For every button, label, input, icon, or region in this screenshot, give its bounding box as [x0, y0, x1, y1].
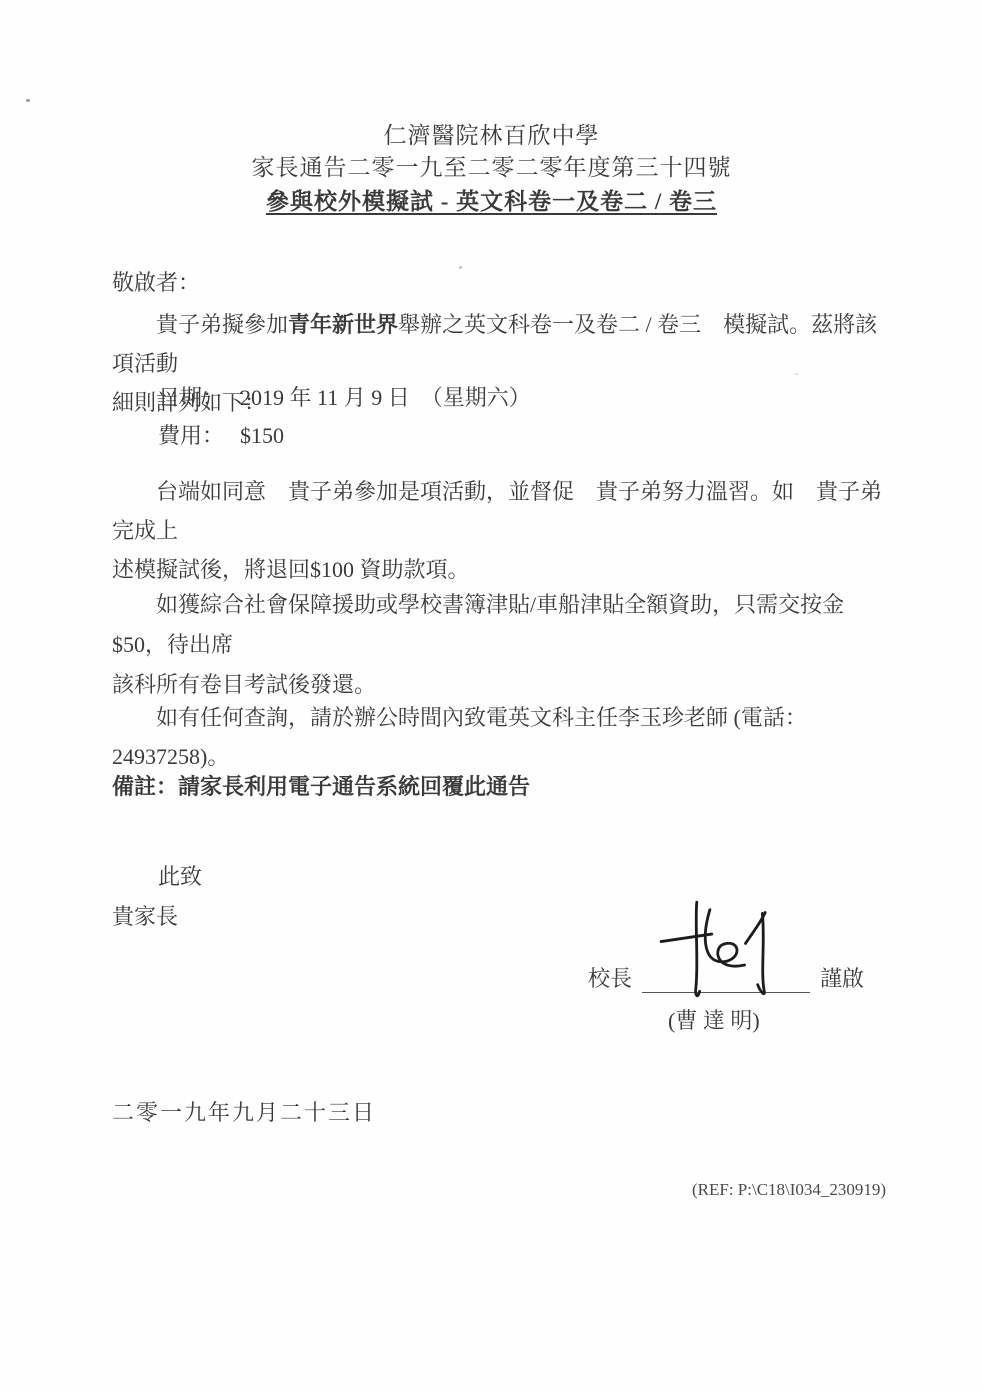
document-page: 仁濟醫院林百欣中學 家長通告二零一九至二零二零年度第三十四號 參與校外模擬試 -…	[0, 0, 983, 1391]
paragraph-subsidy-line1: 如獲綜合社會保障援助或學校書簿津貼/車船津貼全額資助，只需交按金$50，待出席	[112, 585, 890, 665]
paragraph-inquiry: 如有任何查詢，請於辦公時間內致電英文科主任李玉珍老師 (電話：24937258)…	[112, 698, 890, 776]
date-value: 2019 年 11 月 9 日 （星期六）	[240, 385, 531, 410]
scan-speck	[26, 99, 30, 102]
paragraph-consent: 台端如同意 貴子弟參加是項活動，並督促 貴子弟努力溫習。如 貴子弟完成上 述模擬…	[112, 472, 890, 589]
organizer-name: 青年新世界	[288, 312, 398, 337]
document-date: 二零一九年九月二十三日	[112, 1096, 376, 1127]
fee-value: $150	[240, 423, 284, 448]
letter-header: 仁濟醫院林百欣中學 家長通告二零一九至二零二零年度第三十四號 參與校外模擬試 -…	[0, 120, 983, 218]
closing-this-to: 此致	[158, 860, 202, 891]
reference-number: (REF: P:\C18\I034_230919)	[692, 1180, 886, 1200]
paragraph-inquiry-line1: 如有任何查詢，請於辦公時間內致電英文科主任李玉珍老師 (電話：24937258)…	[112, 698, 890, 776]
scan-speck	[459, 266, 462, 269]
closing-recipient: 貴家長	[112, 900, 178, 931]
remark-note: 備註：請家長利用電子通告系統回覆此通告	[112, 770, 530, 801]
school-name: 仁濟醫院林百欣中學	[0, 120, 983, 152]
salutation: 敬啟者：	[112, 266, 200, 297]
exam-fee-line: 費用：$150	[158, 419, 284, 450]
paragraph-intro-line1: 貴子弟擬參加青年新世界舉辦之英文科卷一及卷二 / 卷三 模擬試。茲將該項活動	[112, 305, 890, 383]
paragraph-subsidy: 如獲綜合社會保障援助或學校書簿津貼/車船津貼全額資助，只需交按金$50，待出席 …	[112, 585, 890, 705]
respectfully-label: 謹啟	[820, 962, 864, 993]
exam-date-line: 日期：2019 年 11 月 9 日 （星期六）	[158, 381, 531, 412]
principal-name: (曹 達 明)	[668, 1004, 760, 1035]
date-label: 日期：	[158, 385, 224, 410]
paragraph-consent-line1: 台端如同意 貴子弟參加是項活動，並督促 貴子弟努力溫習。如 貴子弟完成上	[112, 472, 890, 550]
signature-line	[642, 960, 810, 993]
notice-subject: 參與校外模擬試 - 英文科卷一及卷二 / 卷三	[0, 186, 983, 218]
signature-block: 校長 謹啟	[588, 960, 864, 993]
fee-label: 費用：	[158, 423, 224, 448]
principal-label: 校長	[588, 962, 632, 993]
paragraph-consent-line2: 述模擬試後，將退回$100 資助款項。	[112, 550, 890, 589]
intro-prefix: 貴子弟擬參加	[156, 312, 288, 337]
principal-signature-icon	[648, 894, 798, 1006]
notice-number: 家長通告二零一九至二零二零年度第三十四號	[0, 152, 983, 184]
